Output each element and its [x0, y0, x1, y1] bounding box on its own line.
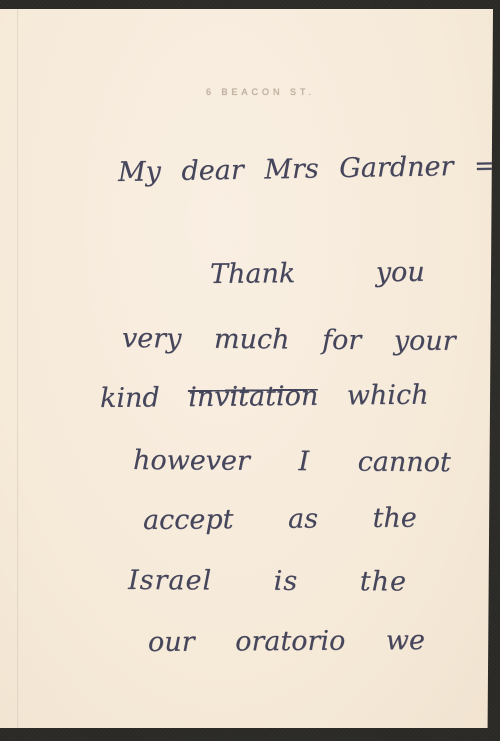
handwritten-line-however-cannot: however I cannot — [133, 445, 451, 478]
letter-page: 6 BEACON ST. My dear Mrs Gardner = Thank… — [0, 9, 493, 728]
handwritten-line-kind-invitation: kind invitation which — [100, 380, 429, 414]
handwritten-line-thank-you: Thank you — [210, 257, 425, 290]
letterhead-text: 6 BEACON ST. — [206, 87, 315, 97]
handwritten-line-israel-is-the: Israel is the — [128, 565, 407, 597]
word-kind: kind — [100, 382, 160, 414]
fold-crease — [17, 9, 19, 728]
salutation-line: My dear Mrs Gardner = — [118, 150, 497, 188]
photograph-background: 6 BEACON ST. My dear Mrs Gardner = Thank… — [0, 0, 500, 741]
handwritten-line-very-much: very much for your — [122, 323, 456, 357]
word-which: which — [347, 380, 429, 412]
struck-word-invitation: invitation — [188, 381, 318, 413]
handwritten-line-accept-as-the: accept as the — [143, 503, 417, 536]
handwritten-line-our-oratorio-we: our oratorio we — [148, 625, 425, 658]
